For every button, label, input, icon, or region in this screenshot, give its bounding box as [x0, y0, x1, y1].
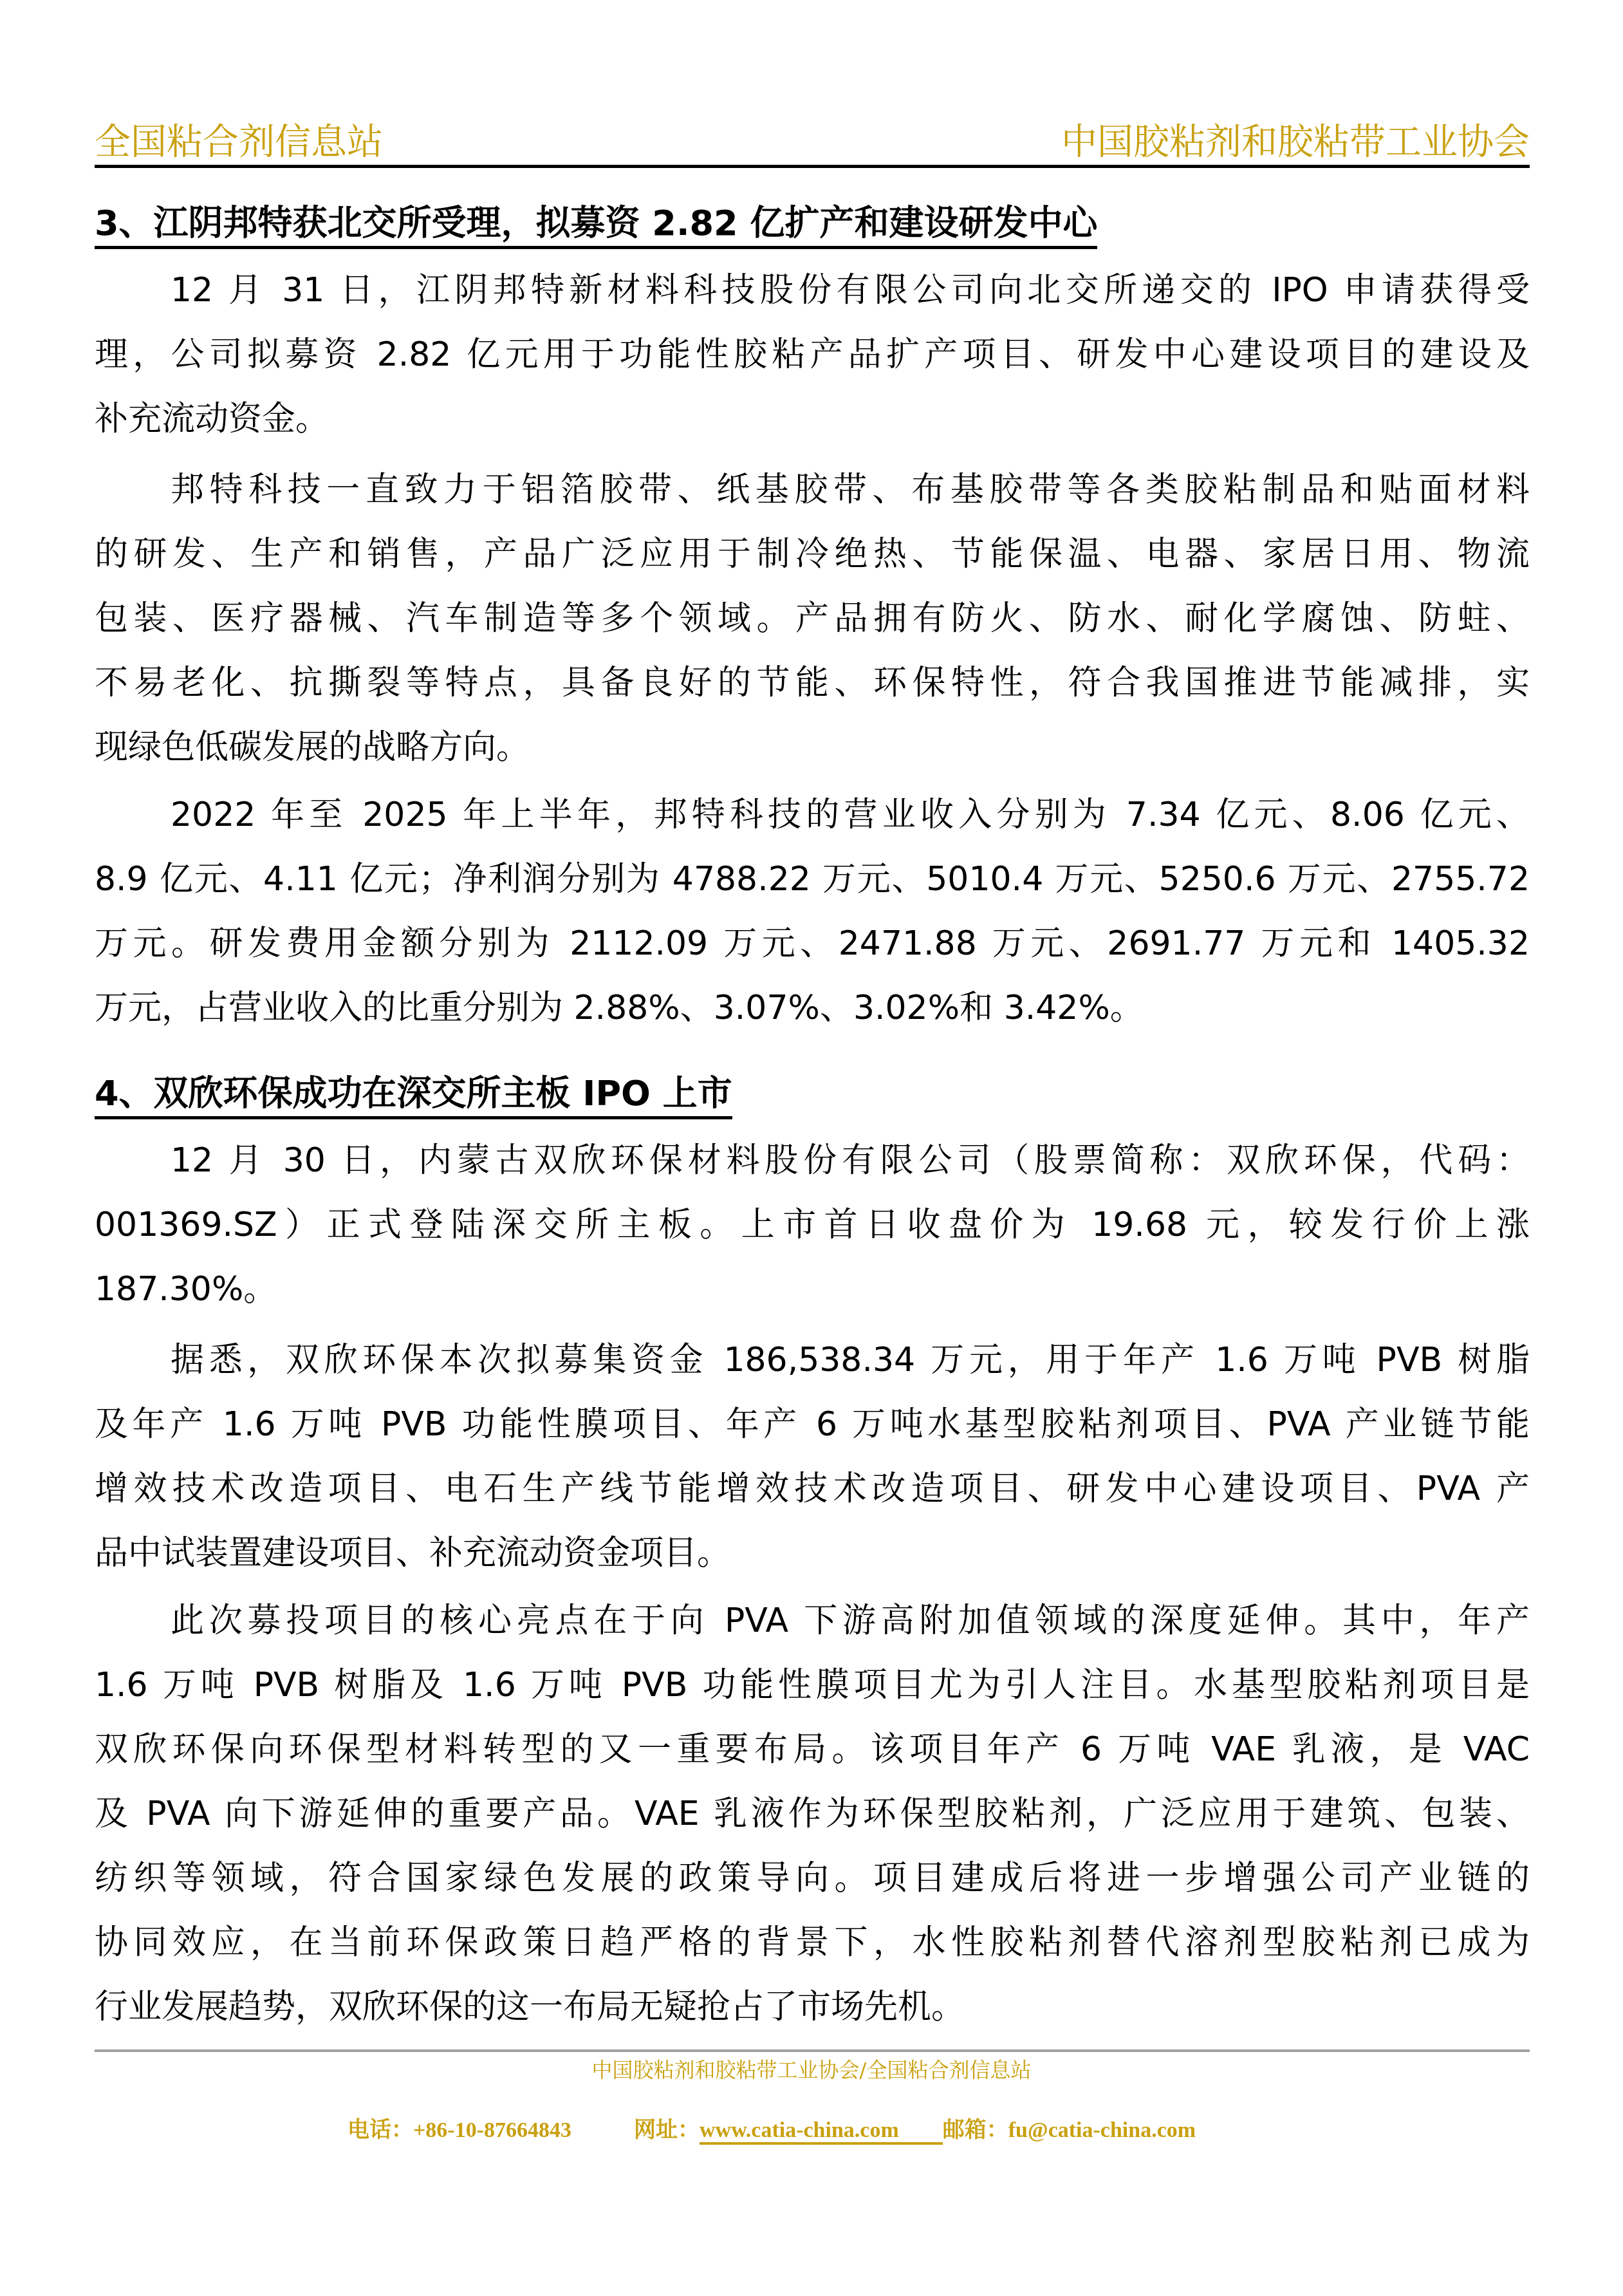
paragraph-line: 2022 年至 2025 年上半年，邦特科技的营业收入分别为 7.34 亿元、8…: [95, 792, 1530, 837]
paragraph-line: 包装、医疗器械、汽车制造等多个领域。产品拥有防火、防水、耐化学腐蚀、防蛀、: [95, 596, 1530, 641]
header-association-name: 中国胶粘剂和胶粘带工业协会: [1061, 120, 1530, 165]
header-site-name: 全国粘合剂信息站: [95, 120, 383, 165]
paragraph-line: 12 月 30 日，内蒙古双欣环保材料股份有限公司（股票简称：双欣环保，代码：: [95, 1138, 1530, 1183]
paragraph-line: 及 PVA 向下游延伸的重要产品。VAE 乳液作为环保型胶粘剂，广泛应用于建筑、…: [95, 1791, 1530, 1836]
paragraph-line: 理，公司拟募资 2.82 亿元用于功能性胶粘产品扩产项目、研发中心建设项目的建设…: [95, 332, 1530, 377]
paragraph-line: 的研发、生产和销售，产品广泛应用于制冷绝热、节能保温、电器、家居日用、物流: [95, 532, 1530, 577]
paragraph-line: 邦特科技一直致力于铝箔胶带、纸基胶带、布基胶带等各类胶粘制品和贴面材料: [95, 467, 1530, 512]
paragraph-line: 及年产 1.6 万吨 PVB 功能性膜项目、年产 6 万吨水基型胶粘剂项目、PV…: [95, 1402, 1530, 1447]
paragraph-line: 协同效应，在当前环保政策日趋严格的背景下，水性胶粘剂替代溶剂型胶粘剂已成为: [95, 1920, 1530, 1965]
paragraph-line: 不易老化、抗撕裂等特点，具备良好的节能、环保特性，符合我国推进节能减排，实: [95, 660, 1530, 705]
website-label: 网址：: [634, 2116, 700, 2145]
paragraph-line: 1.6 万吨 PVB 树脂及 1.6 万吨 PVB 功能性膜项目尤为引人注目。水…: [95, 1663, 1530, 1708]
paragraph-line: 万元。研发费用金额分别为 2112.09 万元、2471.88 万元、2691.…: [95, 921, 1530, 966]
paragraph-line: 现绿色低碳发展的战略方向。: [95, 725, 1530, 770]
paragraph-line: 双欣环保向环保型材料转型的又一重要布局。该项目年产 6 万吨 VAE 乳液，是 …: [95, 1727, 1530, 1772]
paragraph-line: 纺织等领域，符合国家绿色发展的政策导向。项目建成后将进一步增强公司产业链的: [95, 1856, 1530, 1901]
paragraph-line: 补充流动资金。: [95, 397, 1530, 442]
section-heading-4: 4、双欣环保成功在深交所主板 IPO 上市: [95, 1071, 732, 1119]
paragraph-line: 12 月 31 日，江阴邦特新材料科技股份有限公司向北交所递交的 IPO 申请获…: [95, 268, 1530, 313]
phone-number: +86-10-87664843: [413, 2116, 571, 2145]
paragraph-line: 187.30%。: [95, 1267, 1530, 1312]
email-label: 邮箱：: [943, 2116, 1008, 2145]
header-divider: [95, 165, 1530, 168]
paragraph-line: 此次募投项目的核心亮点在于向 PVA 下游高附加值领域的深度延伸。其中，年产: [95, 1598, 1530, 1643]
website-link[interactable]: www.catia-china.com: [700, 2118, 943, 2145]
section-heading-3: 3、江阴邦特获北交所受理，拟募资 2.82 亿扩产和建设研发中心: [95, 201, 1097, 249]
paragraph-line: 001369.SZ）正式登陆深交所主板。上市首日收盘价为 19.68 元，较发行…: [95, 1202, 1530, 1247]
paragraph-line: 增效技术改造项目、电石生产线节能增效技术改造项目、研发中心建设项目、PVA 产: [95, 1466, 1530, 1511]
paragraph-line: 据悉，双欣环保本次拟募集资金 186,538.34 万元，用于年产 1.6 万吨…: [95, 1338, 1530, 1383]
paragraph-line: 8.9 亿元、4.11 亿元；净利润分别为 4788.22 万元、5010.4 …: [95, 857, 1530, 902]
footer-contact: 电话：+86-10-87664843 网址：www.catia-china.co…: [348, 2116, 1196, 2145]
footer-organization: 中国胶粘剂和胶粘带工业协会/全国粘合剂信息站: [0, 2056, 1623, 2084]
paragraph-line: 品中试装置建设项目、补充流动资金项目。: [95, 1531, 1530, 1576]
paragraph-line: 行业发展趋势，双欣环保的这一布局无疑抢占了市场先机。: [95, 1984, 1530, 2030]
email-address[interactable]: fu@catia-china.com: [1008, 2116, 1196, 2145]
paragraph-line: 万元，占营业收入的比重分别为 2.88%、3.07%、3.02%和 3.42%。: [95, 985, 1530, 1031]
phone-label: 电话：: [348, 2116, 413, 2145]
footer-divider: [95, 2049, 1530, 2052]
